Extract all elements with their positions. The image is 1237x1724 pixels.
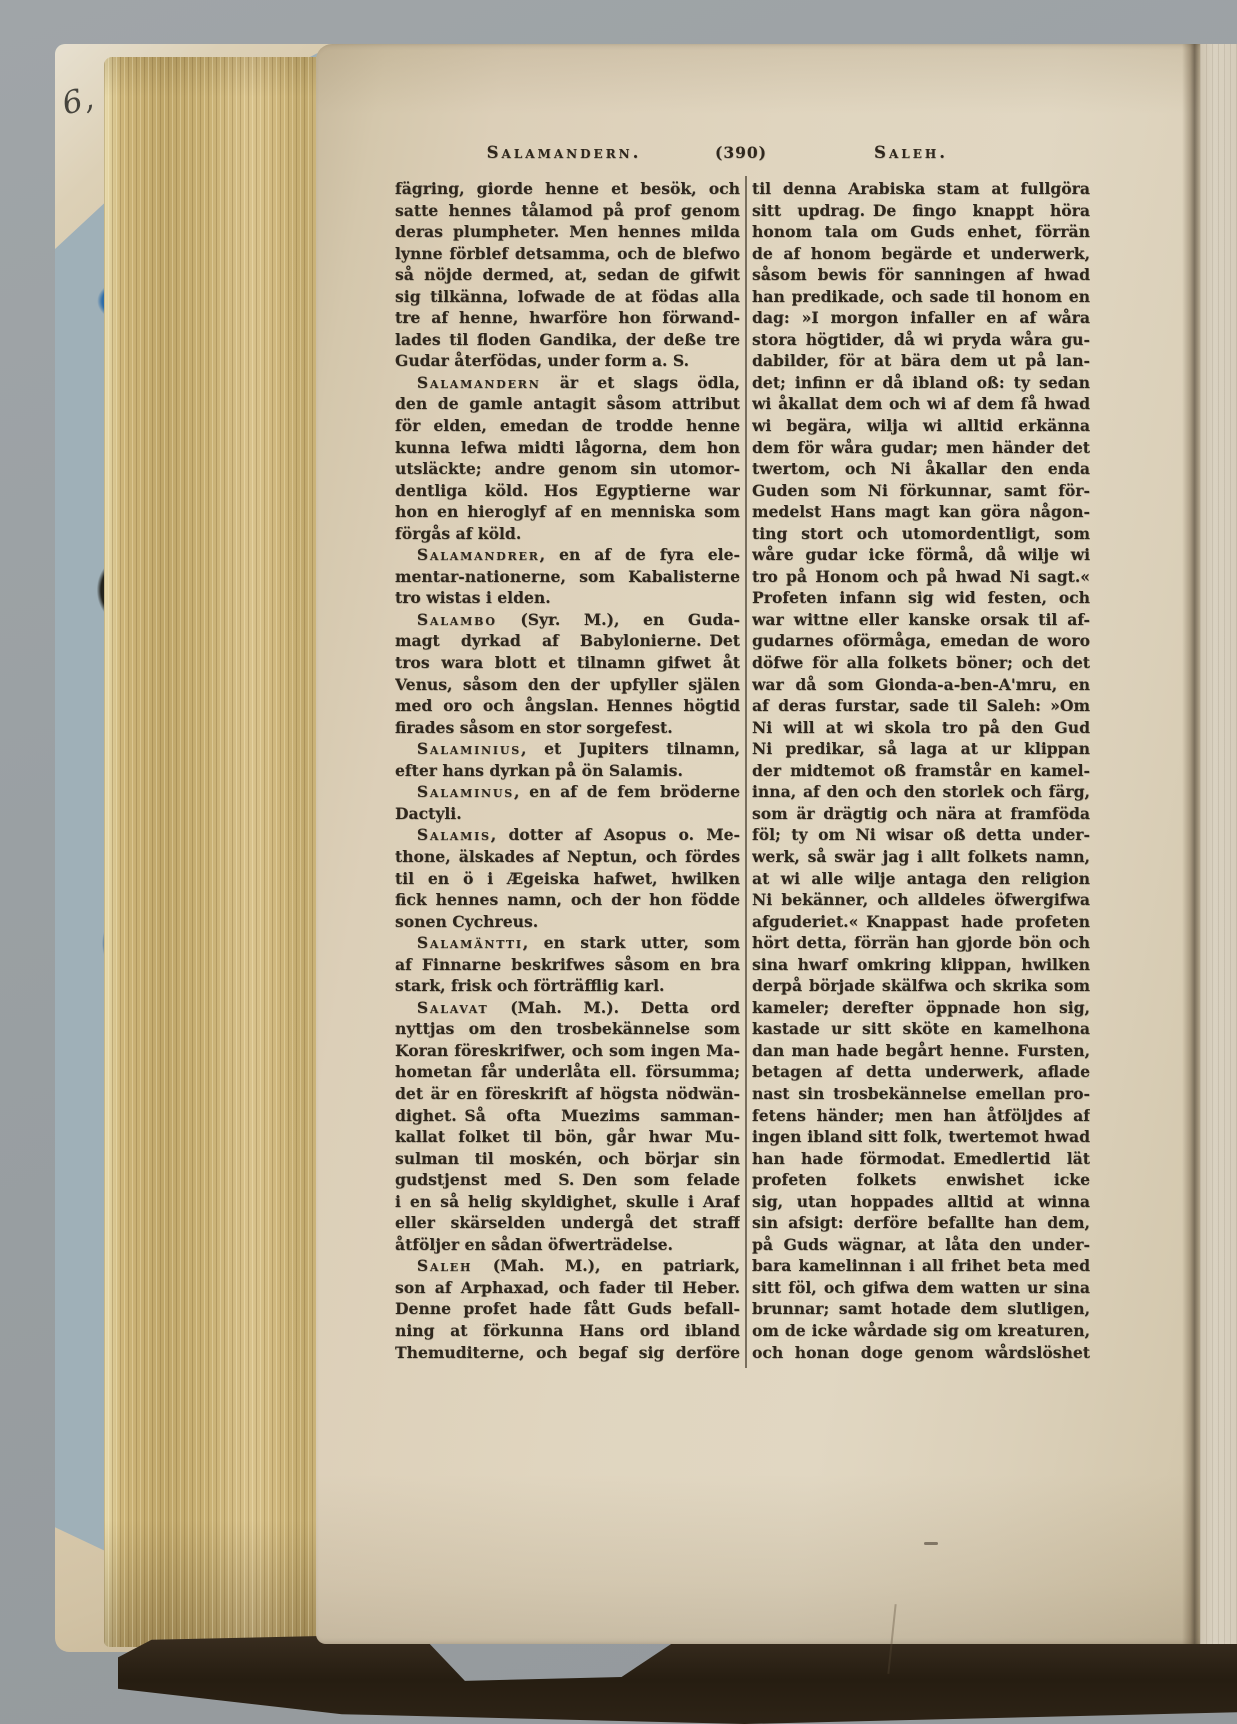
text-line: sin afsigt: derföre befallte han dem, (752, 1212, 1090, 1234)
entry-headword: Salavat (417, 998, 489, 1017)
text-line: afguderiet.« Knappast hade profeten (752, 911, 1090, 933)
text-line: fägring, giorde henne et besök, och (395, 178, 740, 200)
text-line: som är drägtig och nära at framföda (752, 803, 1090, 825)
text-line: dighet. Så ofta Muezims samman- (395, 1105, 740, 1127)
text-line: dan man hade begårt henne. Fursten, (752, 1040, 1090, 1062)
text-line: det är en föreskrift af högsta nödwän- (395, 1083, 740, 1105)
text-line: inna, af den och den storlek och färg, (752, 781, 1090, 803)
text-line: betagen af detta underwerk, aflade ge- (752, 1061, 1090, 1083)
text-line: han hade förmodat. Emedlertid lät (752, 1148, 1090, 1170)
text-line: det; infinn er då ibland oß: ty sedan (752, 372, 1090, 394)
text-line: Koran föreskrifwer, och som ingen Ma- (395, 1040, 740, 1062)
text-line: eller skärselden undergå det straff som (395, 1212, 740, 1234)
text-line: sonen Cychreus. (395, 911, 740, 933)
text-line: Guden som Ni förkunnar, samt för- (752, 480, 1090, 502)
text-line: deras plumpheter. Men hennes milda (395, 221, 740, 243)
text-line: med oro och ångslan. Hennes högtid (395, 695, 740, 717)
text-line: dem för wåra gudar; men händer det (752, 437, 1090, 459)
text-line: Denne profet hade fått Guds befall- (395, 1298, 740, 1320)
header-title-left: Salamandern. (487, 143, 642, 167)
text-line: Salamandern är et slags ödla, (395, 372, 740, 394)
text-line: han predikade, och sade til honom en (752, 286, 1090, 308)
text-line: nast sin trosbekännelse emellan pro- (752, 1083, 1090, 1105)
text-line: tros wara blott et tilnamn gifwet åt (395, 652, 740, 674)
text-line: för elden, emedan de trodde henne (395, 415, 740, 437)
text-line: Salambo (Syr. M.), en Guda- (395, 609, 740, 631)
text-line: Salamäntti, en stark utter, som (395, 932, 740, 954)
text-line: firades såsom en stor sorgefest. (395, 717, 740, 739)
text-line: der midtemot oß framstår en kamel- (752, 760, 1090, 782)
text-line: werk, så swär jag i allt folkets namn, (752, 846, 1090, 868)
text-line: Ni predikar, så laga at ur klippan (752, 738, 1090, 760)
text-line: son af Arphaxad, och fader til Heber. (395, 1277, 740, 1299)
text-line: föl; ty om Ni wisar oß detta under- (752, 824, 1090, 846)
text-line: Profeten infann sig wid festen, och (752, 587, 1090, 609)
text-line: Themuditerne, och begaf sig derföre (395, 1342, 740, 1364)
text-line: honom tala om Guds enhet, förrän (752, 221, 1090, 243)
scan-background: { "page": { "header": { "left": "Salaman… (0, 0, 1237, 1724)
text-line: brunnar; samt hotade dem slutligen, at (752, 1298, 1090, 1320)
text-line: i en så helig skyldighet, skulle i Araf (395, 1191, 740, 1213)
text-line: lades til floden Gandika, der deße tre (395, 329, 740, 351)
text-line: tre af henne, hwarföre hon förwand- (395, 307, 740, 329)
text-line: gudstjenst med S. Den som felade (395, 1169, 740, 1191)
text-line: sulman til moskén, och börjar sin (395, 1148, 740, 1170)
text-line: kameler; derefter öppnade hon sig, och (752, 997, 1090, 1019)
text-line: döfwe för alla folkets böner; och det (752, 652, 1090, 674)
text-line: på Guds wägnar, at låta den under- (752, 1234, 1090, 1256)
text-line: stark, frisk och förträfflig karl. (395, 975, 740, 997)
text-line: Salavat (Mah. M.). Detta ord (395, 997, 740, 1019)
text-line: til denna Arabiska stam at fullgöra (752, 178, 1090, 200)
text-line: förgås af köld. (395, 523, 740, 545)
entry-headword: Salaminius (417, 739, 521, 758)
text-column-left: fägring, giorde henne et besök, ochsatte… (395, 178, 740, 1363)
printed-page-content: Salamandern. (390) Saleh. fägring, giord… (316, 44, 1237, 1644)
text-line: Gudar återfödas, under form a. S. (395, 350, 740, 372)
text-line: hometan får underlåta ell. försumma; (395, 1061, 740, 1083)
text-line: derpå började skälfwa och skrika som (752, 975, 1090, 997)
text-line: wi åkallat dem och wi af dem få hwad (752, 393, 1090, 415)
text-line: Saleh (Mah. M.), en patriark, (395, 1255, 740, 1277)
text-line: medelst Hans magt kan göra någon- (752, 501, 1090, 523)
text-line: satte hennes tålamod på prof genom (395, 200, 740, 222)
text-line: fetens händer; men han åtföljdes af (752, 1105, 1090, 1127)
entry-headword: Salaminus (417, 782, 514, 801)
text-line: sitt föl, och gifwa dem watten ur sina (752, 1277, 1090, 1299)
text-line: Salaminius, et Jupiters tilnamn, (395, 738, 740, 760)
page-fore-edges (104, 57, 320, 1647)
text-line: hon en hieroglyf af en menniska som (395, 501, 740, 523)
text-line: åtföljer en sådan öfwerträdelse. (395, 1234, 740, 1256)
header-title-right: Saleh. (874, 143, 948, 167)
text-line: war då som Gionda-a-ben-A'mru, en (752, 674, 1090, 696)
text-line: wi begära, wilja wi alltid erkänna (752, 415, 1090, 437)
text-line: til en ö i Ægeiska hafwet, hwilken (395, 868, 740, 890)
text-line: utsläckte; andre genom sin utomor- (395, 458, 740, 480)
column-divider (745, 176, 747, 1368)
text-line: efter hans dyrkan på ön Salamis. (395, 760, 740, 782)
text-line: såsom bewis för sanningen af hwad (752, 264, 1090, 286)
text-line: Ni will at wi skola tro på den Gud (752, 717, 1090, 739)
text-line: twertom, och Ni åkallar den enda (752, 458, 1090, 480)
text-line: at wi alle wilje antaga den religion (752, 868, 1090, 890)
text-line: gudarnes oförmåga, emedan de woro (752, 630, 1090, 652)
text-line: dentliga köld. Hos Egyptierne war (395, 480, 740, 502)
text-line: mentar-nationerne, som Kabalisterne (395, 566, 740, 588)
text-line: fick hennes namn, och der hon födde (395, 889, 740, 911)
text-line: wåre gudar icke förmå, då wilje wi (752, 544, 1090, 566)
text-line: lynne förblef detsamma, och de blefwo (395, 243, 740, 265)
text-line: så nöjde dermed, at, sedan de gifwit (395, 264, 740, 286)
text-line: de af honom begärde et underwerk, (752, 243, 1090, 265)
text-column-right: til denna Arabiska stam at fullgörasitt … (752, 178, 1090, 1363)
stain-mark (924, 1542, 938, 1545)
text-line: profeten folkets enwishet icke bekomma (752, 1169, 1090, 1191)
text-line: af Finnarne beskrifwes såsom en bra (395, 954, 740, 976)
text-line: sina hwarf omkring klippan, hwilken (752, 954, 1090, 976)
entry-headword: Salamis (417, 825, 491, 844)
text-line: tro på Honom och på hwad Ni sagt.« (752, 566, 1090, 588)
text-line: Salaminus, en af de fem bröderne (395, 781, 740, 803)
text-line: kunna lefwa midti lågorna, dem hon (395, 437, 740, 459)
text-line: dabilder, för at bära dem ut på lan- (752, 350, 1090, 372)
entry-headword: Salamandrer (417, 545, 540, 564)
text-line: Salamis, dotter af Asopus o. Me- (395, 824, 740, 846)
entry-headword: Salamäntti (417, 933, 523, 952)
text-line: ning at förkunna Hans ord ibland (395, 1320, 740, 1342)
text-line: tro wistas i elden. (395, 587, 740, 609)
text-line: Dactyli. (395, 803, 740, 825)
text-line: magt dyrkad af Babylonierne. Det (395, 630, 740, 652)
text-line: ingen ibland sitt folk, twertemot hwad (752, 1126, 1090, 1148)
text-line: dag: »I morgon infaller en af wåra (752, 307, 1090, 329)
entry-headword: Saleh (417, 1256, 472, 1275)
text-line: nyttjas om den trosbekännelse som (395, 1018, 740, 1040)
text-line: den de gamle antagit såsom attribut (395, 393, 740, 415)
entry-headword: Salambo (417, 610, 497, 629)
text-line: ting stort och utomordentligt, som (752, 523, 1090, 545)
text-line: Venus, såsom den der upfyller själen (395, 674, 740, 696)
text-line: Ni bekänner, och alldeles öfwergifwa (752, 889, 1090, 911)
text-line: och honan doge genom wårdslöshet ell. (752, 1342, 1090, 1364)
text-line: stora högtider, då wi pryda wåra gu- (752, 329, 1090, 351)
text-line: sig tilkänna, lofwade de at födas alla (395, 286, 740, 308)
text-line: af deras furstar, sade til Saleh: »Om (752, 695, 1090, 717)
text-line: sitt updrag. De fingo knappt höra (752, 200, 1090, 222)
text-line: bara kamelinnan i all frihet beta med (752, 1255, 1090, 1277)
text-line: hört detta, förrän han gjorde bön och (752, 932, 1090, 954)
text-line: thone, älskades af Neptun, och fördes (395, 846, 740, 868)
text-line: sig, utan hoppades alltid at winna (752, 1191, 1090, 1213)
header-page-number: (390) (715, 143, 767, 167)
text-line: om de icke wårdade sig om kreaturen, (752, 1320, 1090, 1342)
text-line: kallat folket til bön, går hwar Mu- (395, 1126, 740, 1148)
text-line: kastade ur sitt sköte en kamelhona så- (752, 1018, 1090, 1040)
text-line: Salamandrer, en af de fyra ele- (395, 544, 740, 566)
entry-headword: Salamandern (417, 373, 541, 392)
text-line: war wittne eller kanske orsak til af- (752, 609, 1090, 631)
